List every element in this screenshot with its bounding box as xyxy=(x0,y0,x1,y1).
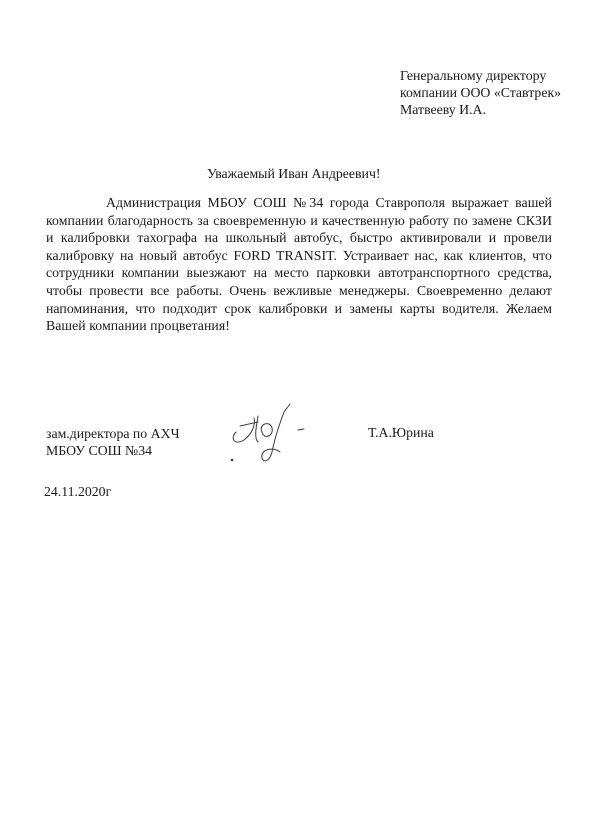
signatory-organization: МБОУ СОШ №34 xyxy=(46,442,180,459)
addressee-block: Генеральному директору компании ООО «Ста… xyxy=(400,67,561,118)
addressee-line-name: Матвееву И.А. xyxy=(400,101,561,118)
signatory-position-title: зам.директора по АХЧ xyxy=(46,425,180,442)
addressee-line-title: Генеральному директору xyxy=(400,67,561,84)
signatory-position: зам.директора по АХЧ МБОУ СОШ №34 xyxy=(46,425,180,459)
salutation: Уважаемый Иван Андреевич! xyxy=(207,166,380,182)
addressee-line-company: компании ООО «Ставтрек» xyxy=(400,84,561,101)
letter-body: Администрация МБОУ СОШ №34 города Ставро… xyxy=(46,194,552,335)
letter-date: 24.11.2020г xyxy=(44,484,111,500)
signatory-name: Т.А.Юрина xyxy=(368,425,434,441)
handwritten-signature-icon xyxy=(228,402,328,468)
